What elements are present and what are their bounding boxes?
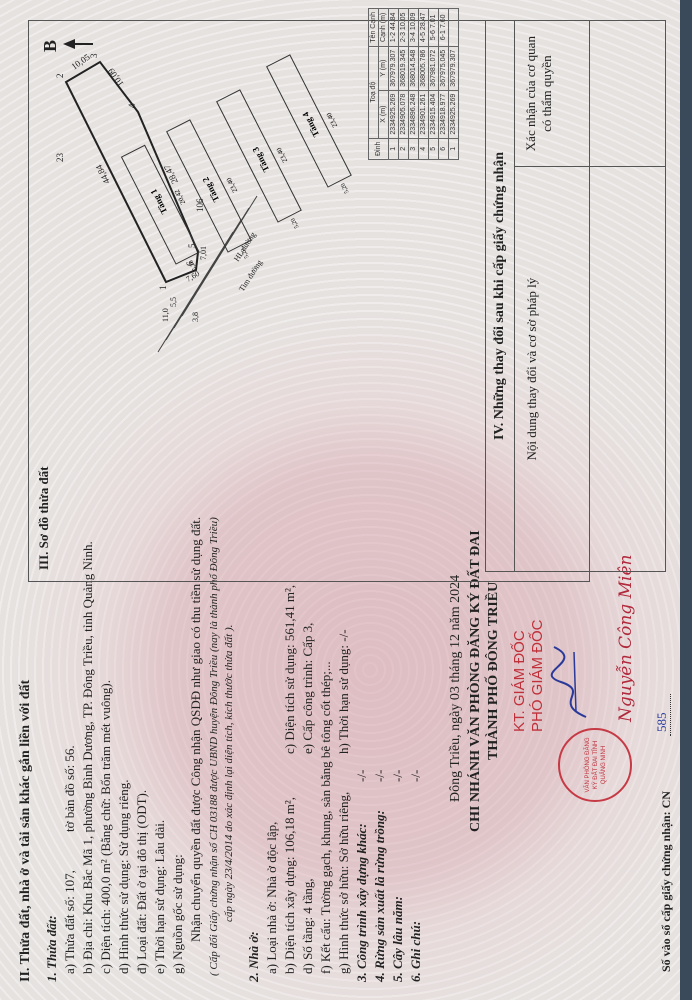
col-vertex: Đỉnh [369,138,389,159]
house-floors: d) Số tầng: 4 tầng, [300,878,316,974]
section-2: II. Thửa đất, nhà ở và tài sản khác gắn … [18,532,678,982]
col-x: X (m) [379,90,389,138]
road-dim: 11,0 [161,308,170,322]
col-coords: Toạ độ [369,46,379,138]
vertex-label: 4 [127,103,137,108]
usage-form: d) Hình thức sử dụng: Sử dụng riêng. [116,780,132,974]
col-edge-name: Tên Cạnh [369,8,379,46]
house-structure: f) Kết cấu: Tường gạch, khung, sàn bằng … [318,661,334,974]
reissue-note-2: cấp ngày 23/4/2014 do xác định lại diện … [221,625,237,922]
vertex-label: 3 [89,53,99,58]
other-construction: 3. Công trình xây dựng khác: [354,823,370,982]
planted-forest: 4. Rừng sản xuất là rừng trồng: [372,810,388,982]
parcel-area: c) Diện tích: 400,0 m² (Bằng chữ: Bốn tr… [98,680,114,974]
svg-text:Tầng 1: Tầng 1 [148,187,169,216]
section-4-title: IV. Những thay đổi sau khi cấp giấy chứn… [485,20,514,572]
section-2-title: II. Thửa đất, nhà ở và tài sản khác gắn … [18,680,34,982]
reissue-note-1: ( Cấp đổi Giấy chứng nhận số CH 03188 đư… [206,517,222,976]
svg-text:23,40: 23,40 [325,111,340,129]
svg-text:5,20: 5,20 [340,182,350,194]
house-usable-area: c) Diện tích sử dụng: 561,41 m², [282,585,298,754]
floor-plan-4: Tầng 423,405,20 [267,49,369,199]
house-grade: e) Cấp công trình: Cấp 3, [300,623,316,754]
road-label: Tim đường [237,258,264,293]
col-edge-length: Cạnh (m) [379,8,389,46]
table-row: 12334925.269367979.307 [449,8,459,159]
usage-origin: g) Nguồn gốc sử dụng: [170,854,186,974]
notes-value: -/- [408,770,424,782]
svg-text:23,40: 23,40 [275,146,290,164]
floor-plan-3: Tầng 323,405,20 [217,84,319,234]
svg-text:5,20: 5,20 [290,217,300,229]
issuing-org-city: THÀNH PHỐ ĐÔNG TRIỀU [486,582,502,760]
svg-text:23,40: 23,40 [225,176,240,194]
house-type: a) Loại nhà ở: Nhà ở độc lập, [264,822,280,974]
table-row: 42334901.261368005.7864-5 28.47 [419,8,429,159]
parcel-boundary [66,62,198,282]
planted-forest-value: -/- [372,770,388,782]
neighbor-parcel: 23 [55,153,65,163]
coordinate-table-wrap: Đỉnh Toạ độ Tên Cạnh X (m) Y (m) Cạnh (m… [368,8,459,160]
table-row: 32334896.248368014.5483-4 10.09 [409,8,419,159]
changes-column-header: Nội dung thay đổi và cơ sở pháp lý [524,278,539,461]
usage-term: e) Thời hạn sử dụng: Lâu dài. [152,820,168,974]
table-row: 62334918.977367975.0456-1 7.60 [439,8,449,159]
parcel-heading: 1. Thửa đất: [44,915,60,982]
coordinate-table: Đỉnh Toạ độ Tên Cạnh X (m) Y (m) Cạnh (m… [368,8,459,160]
official-stamp: VĂN PHÒNG ĐĂNG KÝ ĐẤT ĐAI TỈNH QUẢNG NIN… [558,728,632,802]
perennial-trees-value: -/- [390,770,406,782]
signer-kt: KT. GIÁM ĐỐC [512,630,528,732]
perennial-trees: 5. Cây lâu năm: [390,896,406,982]
registry-number: 585 [654,695,671,737]
confirmation-column: Xác nhận của cơ quan có thẩm quyền [515,21,665,166]
edge-length: 28,47 [161,163,179,186]
col-y: Y (m) [379,46,389,90]
house-heading: 2. Nhà ở: [246,931,262,982]
house-ownership: g) Hình thức sở hữu: Sở hữu riêng, [336,792,352,974]
notes: 6. Ghi chú: [408,921,424,982]
road-dim: 3,8 [191,312,200,322]
other-construction-value: -/- [354,770,370,782]
signer-name: Nguyễn Công Miên [618,555,634,722]
map-sheet-number: tờ bản đồ số: 56. [62,745,78,832]
table-row: 22334905.078368019.3452-3 10.05 [399,8,409,159]
house-term: h) Thời hạn sử dụng: -/- [336,629,352,754]
svg-text:Tầng 4: Tầng 4 [300,110,321,139]
land-certificate-page: II. Thửa đất, nhà ở và tài sản khác gắn … [0,0,680,1000]
changes-column: Nội dung thay đổi và cơ sở pháp lý [515,166,665,571]
house-construction-area: b) Diện tích xây dựng: 106,18 m², [282,797,298,974]
registry-label: Số vào sổ cấp giấy chứng nhận: CN [658,791,674,972]
vertex-label: 1 [158,286,168,291]
table-row: 12334925.269367979.3071-2 44.84 [389,8,399,159]
signature-scribble [546,642,596,722]
table-row: 52334915.404367981.0725-6 7.01 [429,8,439,159]
place-date: Đông Triều, ngày 03 tháng 12 năm 2024 [448,575,464,802]
edge-length: 7,01 [199,246,208,260]
svg-text:Tầng 3: Tầng 3 [250,145,271,174]
land-type: đ) Loại đất: Đất ở tại đô thị (ODT). [134,790,150,974]
edge-length: 10,09 [106,66,126,89]
vertex-label: 2 [55,74,65,79]
parcel-address: b) Địa chỉ: Khu Bắc Mã 1, phường Bình Dư… [80,541,96,974]
road-dim: 5,5 [169,297,178,307]
svg-text:20,42: 20,42 [173,188,188,206]
section-4: IV. Những thay đổi sau khi cấp giấy chứn… [485,20,666,572]
signer-role: PHÓ GIÁM ĐỐC [530,619,546,732]
parcel-number: a) Thửa đất số: 107, [62,870,78,974]
